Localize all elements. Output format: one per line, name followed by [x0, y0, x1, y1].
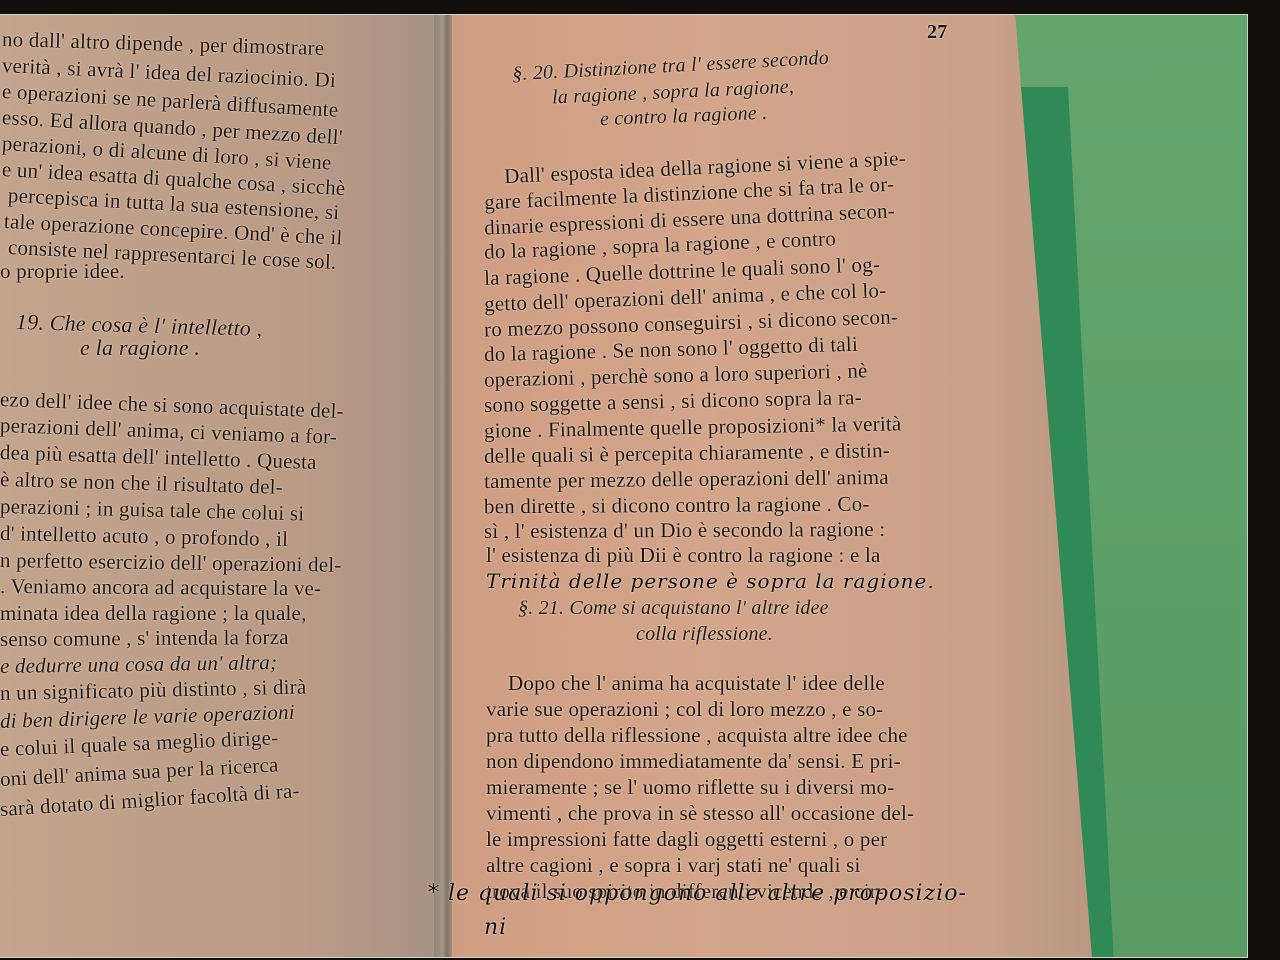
- section-heading-19-line2: e la ragione .: [80, 335, 200, 361]
- page-number: 27: [927, 21, 947, 44]
- text-line: d' intelletto acuto , o profondo , il: [0, 521, 288, 552]
- text-line: ben dirette , si dicono contro la ragion…: [484, 492, 870, 520]
- handwritten-footnote: le quali si oppongono alle altre proposi…: [448, 881, 967, 906]
- text-line: altre cagioni , e sopra i varj stati ne'…: [486, 853, 861, 878]
- text-line: varie sue operazioni ; col di loro mezzo…: [486, 697, 883, 722]
- text-line: e dedurre una cosa da un' altra;: [0, 650, 277, 679]
- text-line: sì , l' esistenza d' un Dio è secondo la…: [484, 517, 885, 544]
- section-heading-20-line3: e contro la ragione .: [600, 102, 768, 131]
- text-line: Dopo che l' anima ha acquistate l' idee …: [508, 671, 885, 696]
- footnote-marker: *: [428, 881, 440, 906]
- text-line: o proprie idee.: [0, 259, 125, 284]
- photo-frame: no dall' altro dipende , per dimostrare …: [0, 14, 1248, 958]
- text-line: mieramente ; se l' uomo riflette su i di…: [486, 775, 894, 800]
- text-line: vimenti , che prova in sè stesso all' oc…: [486, 801, 914, 826]
- text-line: pra tutto della riflessione , acquista a…: [486, 723, 908, 748]
- text-line: non dipendono immediatamente da' sensi. …: [486, 749, 901, 774]
- section-heading-21-line2: colla riflessione.: [636, 623, 773, 646]
- text-line: minata idea della ragione ; la quale,: [0, 601, 307, 626]
- text-line: delle quali si è percepita chiaramente ,…: [484, 438, 890, 469]
- text-line: tamente per mezzo delle operazioni dell'…: [484, 465, 889, 494]
- text-line: . Veniamo ancora ad acquistare la ve-: [0, 574, 321, 601]
- left-page: no dall' altro dipende , per dimostrare …: [0, 15, 438, 957]
- handwritten-footnote-line2: ni: [484, 915, 507, 940]
- section-heading-21: §. 21. Come si acquistano l' altre idee: [518, 597, 829, 620]
- text-line: l' esistenza di più Dii è contro la ragi…: [486, 543, 881, 568]
- text-line: le impressioni fatte dagli oggetti ester…: [486, 827, 887, 852]
- handwritten-annotation: Trinità delle persone è sopra la ragione…: [486, 569, 935, 593]
- text-line: n perfetto esercizio dell' operazioni de…: [0, 548, 342, 578]
- text-line: senso comune , s' intenda la forza: [0, 625, 289, 652]
- right-page: 27 §. 20. Distinzione tra l' essere seco…: [452, 15, 1092, 957]
